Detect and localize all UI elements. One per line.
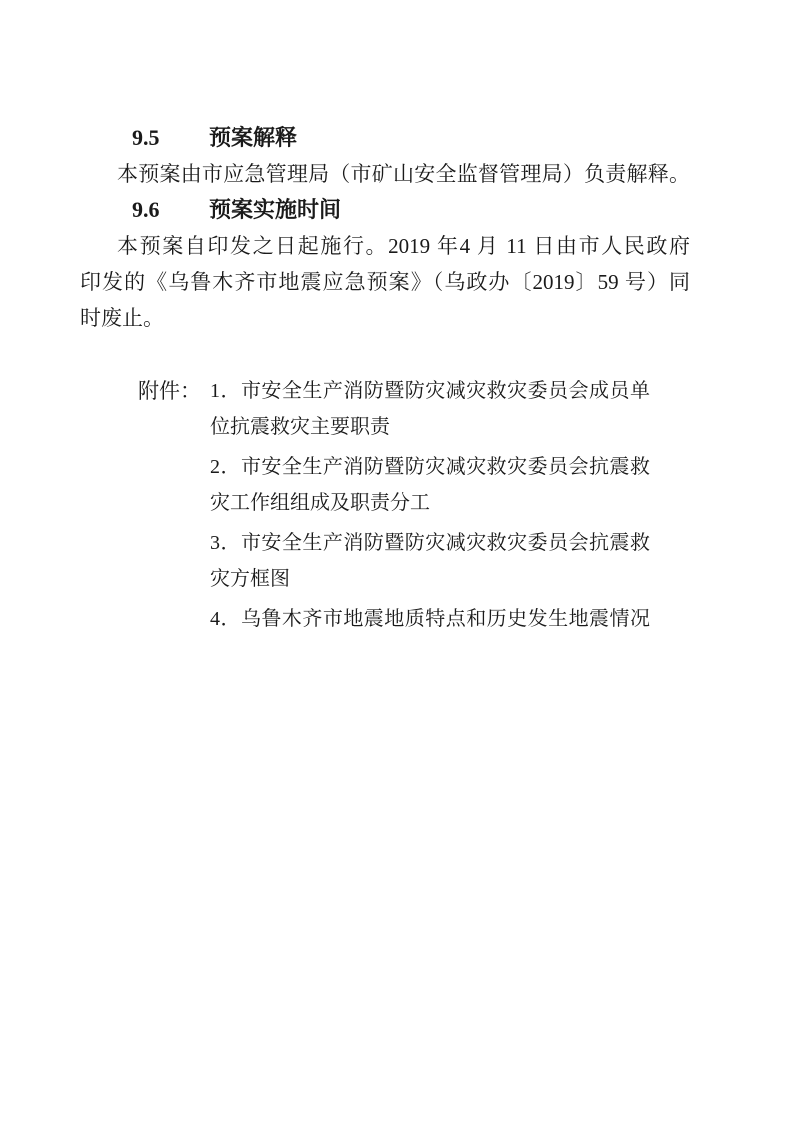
paragraph-9-6-line-3: 时废止。: [80, 300, 690, 336]
attachments-list: 1．市安全生产消防暨防灾减灾救灾委员会成员单 位抗震救灾主要职责 2．市安全生产…: [210, 373, 650, 637]
attachment-line: 位抗震救灾主要职责: [210, 409, 650, 445]
section-title: 预案解释: [209, 125, 297, 150]
section-number: 9.5: [132, 120, 209, 156]
attachments-block: 附件： 1．市安全生产消防暨防灾减灾救灾委员会成员单 位抗震救灾主要职责 2．市…: [138, 373, 690, 637]
paragraph-9-6-line-2: 印发的《乌鲁木齐市地震应急预案》（乌政办〔2019〕59 号）同: [80, 264, 690, 300]
attachment-item-text: 市安全生产消防暨防灾减灾救灾委员会抗震救: [241, 532, 650, 554]
attachment-line: 2．市安全生产消防暨防灾减灾救灾委员会抗震救: [210, 449, 650, 485]
attachment-item-text: 市安全生产消防暨防灾减灾救灾委员会抗震救: [241, 456, 650, 478]
heading-9-6: 9.6预案实施时间: [80, 192, 690, 228]
heading-9-5: 9.5预案解释: [80, 120, 690, 156]
document-body: 9.5预案解释 本预案由市应急管理局（市矿山安全监督管理局）负责解释。 9.6预…: [80, 120, 690, 637]
paragraph-9-5-body: 本预案由市应急管理局（市矿山安全监督管理局）负责解释。: [80, 156, 690, 192]
attachment-line: 灾方框图: [210, 561, 650, 597]
attachment-line: 4．乌鲁木齐市地震地质特点和历史发生地震情况: [210, 601, 650, 637]
attachment-item-text: 市安全生产消防暨防灾减灾救灾委员会成员单: [241, 380, 650, 402]
attachment-item-2: 2．市安全生产消防暨防灾减灾救灾委员会抗震救 灾工作组组成及职责分工: [210, 449, 650, 521]
attachment-line: 3．市安全生产消防暨防灾减灾救灾委员会抗震救: [210, 525, 650, 561]
attachment-item-number: 4．: [210, 608, 241, 630]
section-number: 9.6: [132, 192, 209, 228]
attachments-label: 附件：: [138, 373, 210, 409]
attachment-line: 灾工作组组成及职责分工: [210, 485, 650, 521]
attachment-item-number: 3．: [210, 532, 241, 554]
attachment-item-number: 1．: [210, 380, 241, 402]
attachment-item-4: 4．乌鲁木齐市地震地质特点和历史发生地震情况: [210, 601, 650, 637]
section-title: 预案实施时间: [209, 197, 341, 222]
attachment-item-1: 1．市安全生产消防暨防灾减灾救灾委员会成员单 位抗震救灾主要职责: [210, 373, 650, 445]
attachment-item-number: 2．: [210, 456, 241, 478]
attachment-line: 1．市安全生产消防暨防灾减灾救灾委员会成员单: [210, 373, 650, 409]
attachment-item-text: 乌鲁木齐市地震地质特点和历史发生地震情况: [241, 608, 650, 630]
attachment-item-3: 3．市安全生产消防暨防灾减灾救灾委员会抗震救 灾方框图: [210, 525, 650, 597]
paragraph-9-6-line-1: 本预案自印发之日起施行。2019 年4 月 11 日由市人民政府: [80, 228, 690, 264]
document-page: 9.5预案解释 本预案由市应急管理局（市矿山安全监督管理局）负责解释。 9.6预…: [0, 0, 793, 1122]
